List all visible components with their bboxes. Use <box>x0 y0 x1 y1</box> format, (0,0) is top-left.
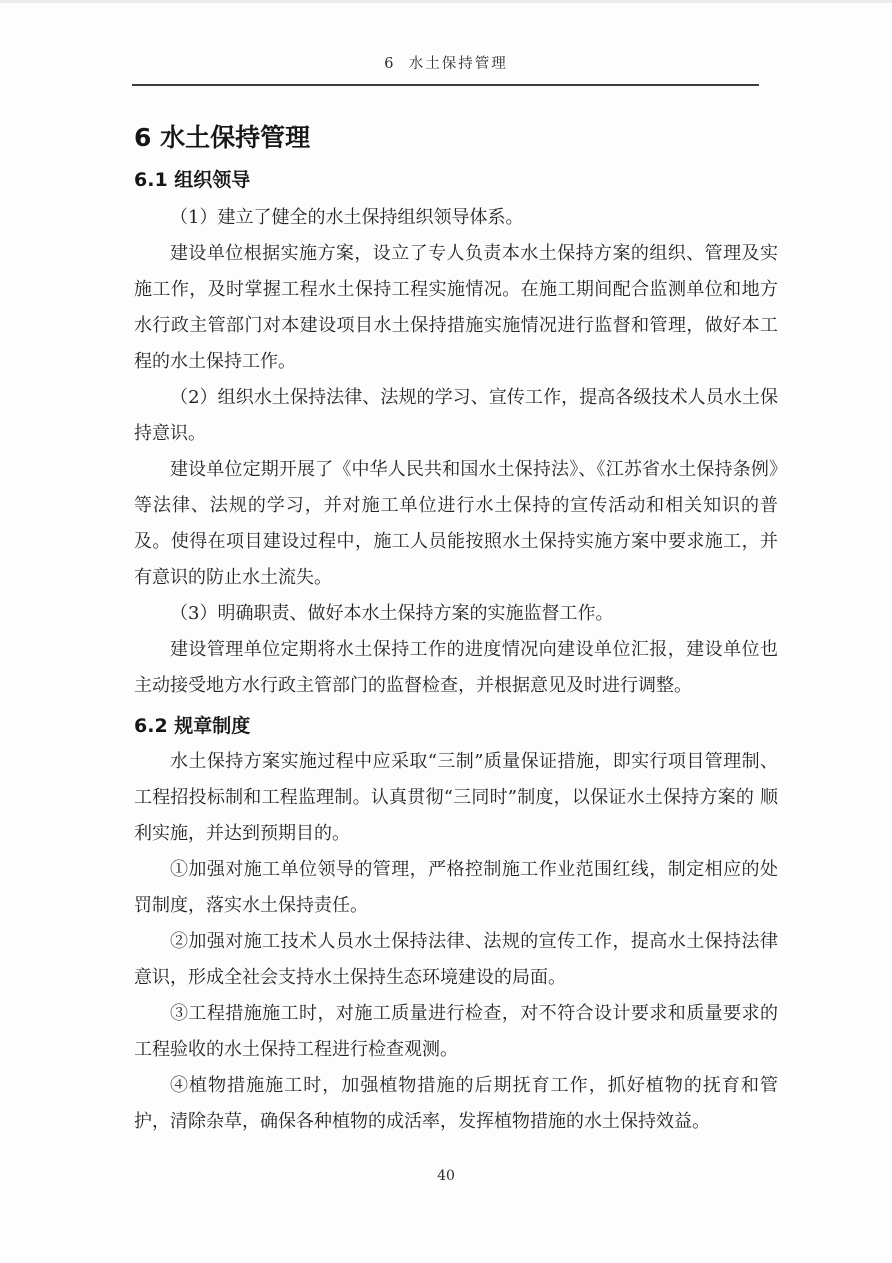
paragraph: 水土保持方案实施过程中应采取“三制”质量保证措施，即实行项目管理制、工程招投标制… <box>134 744 778 852</box>
section-heading-6-1: 6.1 组织领导 <box>134 168 778 193</box>
chapter-title: 6 水土保持管理 <box>134 122 778 153</box>
paragraph: 建设单位定期开展了《中华人民共和国水土保持法》、《江苏省水土保持条例》等法律、法… <box>134 452 778 596</box>
document-body: 6 水土保持管理 6.1 组织领导 （1）建立了健全的水土保持组织领导体系。 建… <box>134 106 778 1140</box>
header-rule <box>132 84 759 86</box>
paragraph: （3）明确职责、做好本水土保持方案的实施监督工作。 <box>134 596 778 632</box>
paragraph: ③工程措施施工时，对施工质量进行检查，对不符合设计要求和质量要求的 工程验收的水… <box>134 996 778 1068</box>
section-heading-6-2: 6.2 规章制度 <box>134 714 778 739</box>
running-header-title: 6 水土保持管理 <box>133 52 759 73</box>
page-number: 40 <box>0 1168 892 1184</box>
paragraph: （2）组织水土保持法律、法规的学习、宣传工作，提高各级技术人员水土保持意识。 <box>134 380 778 452</box>
paragraph: 建设管理单位定期将水土保持工作的进度情况向建设单位汇报，建设单位也主动接受地方水… <box>134 632 778 704</box>
page-top-edge <box>0 0 892 3</box>
paragraph: ②加强对施工技术人员水土保持法律、法规的宣传工作，提高水土保持法律 意识，形成全… <box>134 924 778 996</box>
paragraph: （1）建立了健全的水土保持组织领导体系。 <box>134 200 778 236</box>
document-page: 6 水土保持管理 6 水土保持管理 6.1 组织领导 （1）建立了健全的水土保持… <box>0 0 892 1263</box>
paragraph: ④植物措施施工时，加强植物措施的后期抚育工作，抓好植物的抚育和管护，清除杂草，确… <box>134 1068 778 1140</box>
paragraph: 建设单位根据实施方案，设立了专人负责本水土保持方案的组织、管理及实施工作，及时掌… <box>134 236 778 380</box>
paragraph: ①加强对施工单位领导的管理，严格控制施工作业范围红线，制定相应的处 罚制度，落实… <box>134 852 778 924</box>
